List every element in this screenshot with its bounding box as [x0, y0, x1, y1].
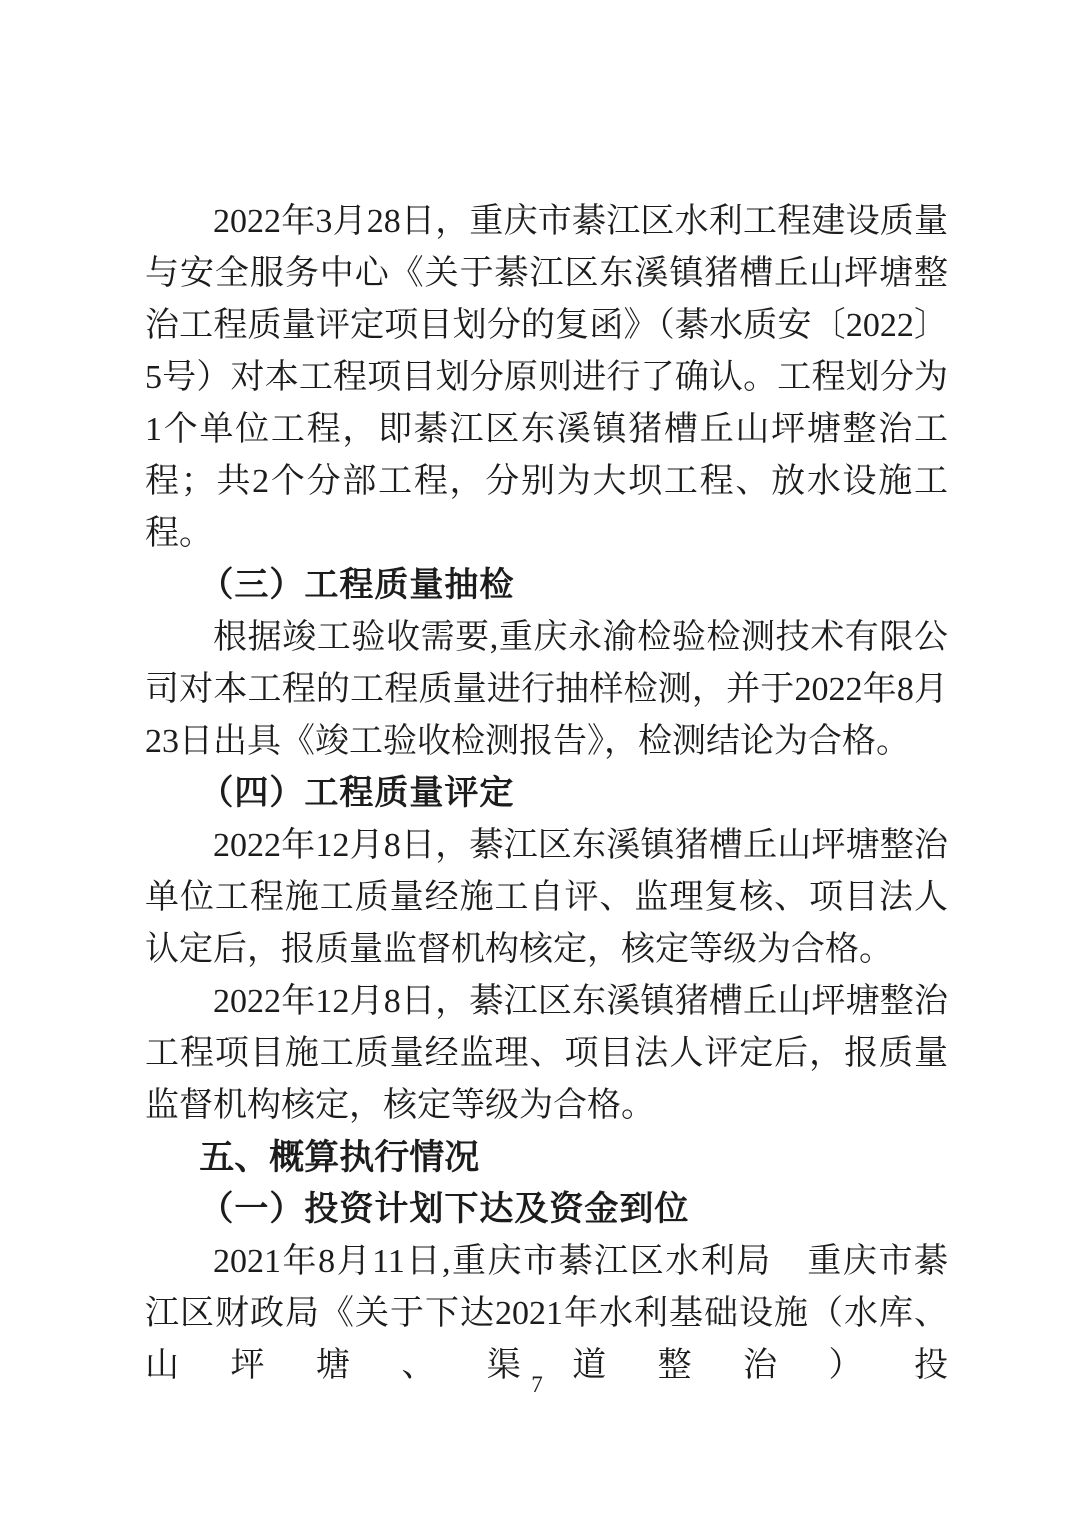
document-body: 2022年3月28日，重庆市綦江区水利工程建设质量与安全服务中心《关于綦江区东溪…	[145, 196, 948, 1392]
subsection-heading-investment-plan: （一）投资计划下达及资金到位	[145, 1184, 948, 1236]
subsection-heading-quality-sampling: （三）工程质量抽检	[145, 560, 948, 612]
section-heading-budget-execution: 五、概算执行情况	[145, 1132, 948, 1184]
paragraph-project-assessment: 2022年12月8日，綦江区东溪镇猪槽丘山坪塘整治工程项目施工质量经监理、项目法…	[145, 976, 948, 1132]
paragraph-investment-plan: 2021年8月11日,重庆市綦江区水利局 重庆市綦江区财政局《关于下达2021年…	[145, 1236, 948, 1392]
subsection-heading-quality-assessment: （四）工程质量评定	[145, 768, 948, 820]
page-number: 7	[0, 1372, 1074, 1398]
paragraph-unit-project-assessment: 2022年12月8日，綦江区东溪镇猪槽丘山坪塘整治单位工程施工质量经施工自评、监…	[145, 820, 948, 976]
paragraph-quality-sampling: 根据竣工验收需要,重庆永渝检验检测技术有限公司对本工程的工程质量进行抽样检测，并…	[145, 612, 948, 768]
paragraph-project-division: 2022年3月28日，重庆市綦江区水利工程建设质量与安全服务中心《关于綦江区东溪…	[145, 196, 948, 560]
document-page: 2022年3月28日，重庆市綦江区水利工程建设质量与安全服务中心《关于綦江区东溪…	[0, 0, 1074, 1520]
